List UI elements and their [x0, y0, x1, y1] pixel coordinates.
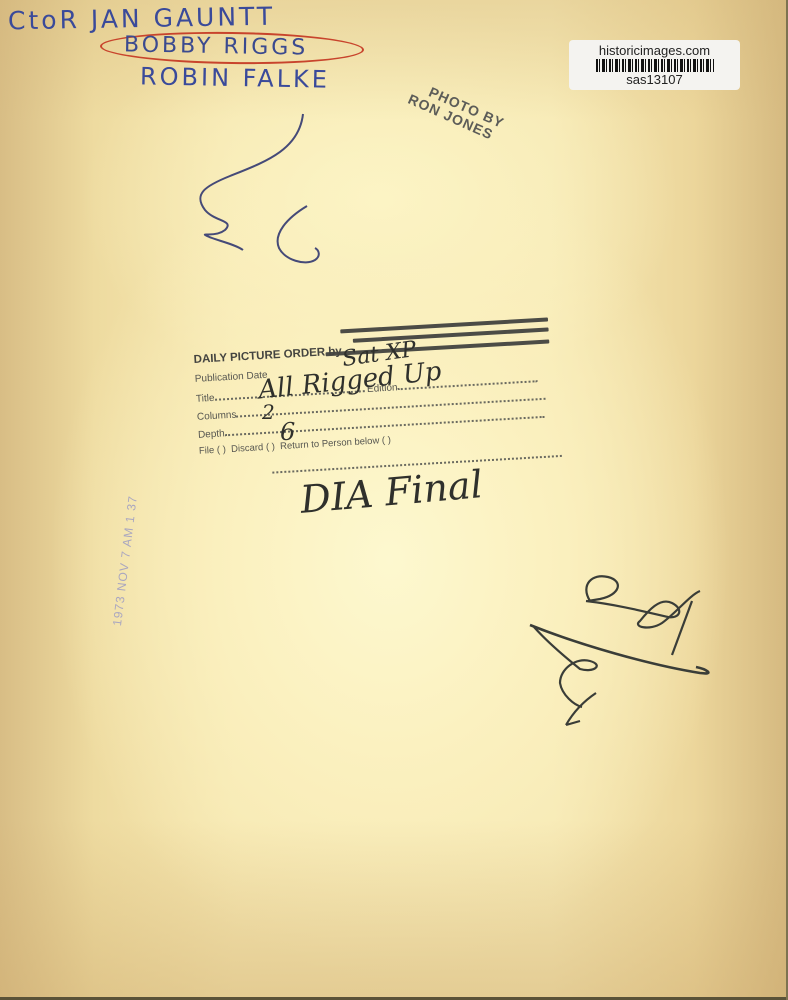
- barcode-icon: [596, 59, 714, 72]
- blue-ink-squiggle-icon: [195, 110, 335, 270]
- archive-barcode-label: historicimages.com sas13107: [569, 40, 740, 90]
- daily-picture-order-form: DAILY PICTURE ORDER by Publication Date …: [192, 309, 571, 490]
- handwritten-depth: 6: [280, 418, 295, 446]
- form-title-text: DAILY PICTURE ORDER by: [193, 345, 342, 366]
- columns-label: Columns: [197, 410, 237, 423]
- form-title: DAILY PICTURE ORDER by: [193, 345, 342, 366]
- pencil-corner-number-icon: [520, 565, 720, 735]
- depth-label: Depth: [198, 428, 225, 441]
- caption-line-2-circled: BOBBY RIGGS: [124, 32, 309, 60]
- handwritten-columns: 2: [262, 400, 275, 424]
- caption-line-1: CtoR JAN GAUNTT: [8, 2, 276, 36]
- file-label: File ( ): [199, 444, 227, 457]
- discard-label: Discard ( ): [231, 441, 275, 455]
- label-code: sas13107: [626, 73, 682, 87]
- return-label: Return to Person below ( ): [280, 435, 391, 452]
- title-label: Title: [196, 393, 215, 405]
- label-site: historicimages.com: [599, 44, 710, 58]
- caption-line-3: ROBIN FALKE: [140, 62, 330, 93]
